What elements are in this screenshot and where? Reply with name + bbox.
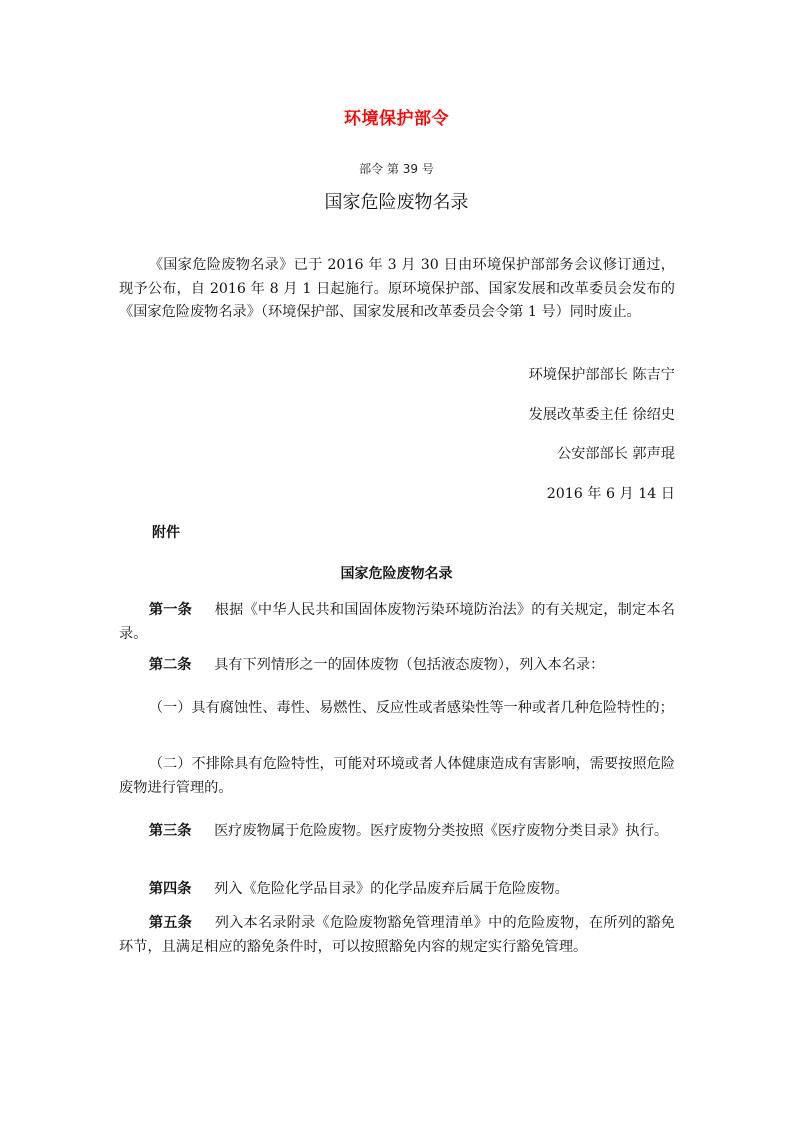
article-text: 根据《中华人民共和国固体废物污染环境防治法》的有关规定，制定本名录。: [119, 602, 675, 642]
article-text: 具有下列情形之一的固体废物（包括液态废物），列入本名录：: [214, 657, 604, 673]
signature-ndrc-director: 发展改革委主任 徐绍史: [529, 404, 675, 424]
article-2-item-1: （一）具有腐蚀性、毒性、易燃性、反应性或者感染性等一种或者几种危险特性的；: [119, 697, 675, 721]
article-3: 第三条医疗废物属于危险废物。医疗废物分类按照《医疗废物分类目录》执行。: [119, 820, 675, 844]
article-label: 第四条: [149, 881, 192, 897]
annex-label: 附件: [152, 522, 180, 542]
article-2: 第二条具有下列情形之一的固体废物（包括液态废物），列入本名录：: [119, 654, 675, 678]
signature-date: 2016 年 6 月 14 日: [547, 483, 675, 503]
document-title: 国家危险废物名录: [0, 188, 793, 214]
article-label: 第三条: [149, 823, 192, 839]
preamble-paragraph: 《国家危险废物名录》已于 2016 年 3 月 30 日由环境保护部部务会议修订…: [119, 254, 675, 325]
order-number: 部令 第 39 号: [0, 160, 793, 177]
issuer-heading: 环境保护部令: [0, 104, 793, 129]
article-4: 第四条列入《危险化学品目录》的化学品废弃后属于危险废物。: [119, 878, 675, 902]
article-1: 第一条根据《中华人民共和国固体废物污染环境防治法》的有关规定，制定本名录。: [119, 599, 675, 646]
article-label: 第五条: [149, 915, 192, 931]
document-page: 环境保护部令 部令 第 39 号 国家危险废物名录 《国家危险废物名录》已于 2…: [0, 0, 793, 1122]
article-text: 医疗废物属于危险废物。医疗废物分类按照《医疗废物分类目录》执行。: [214, 823, 668, 839]
signature-minister-environment: 环境保护部部长 陈吉宁: [529, 364, 675, 384]
article-label: 第二条: [149, 657, 192, 673]
article-text: 列入《危险化学品目录》的化学品废弃后属于危险废物。: [214, 881, 569, 897]
article-text: 列入本名录附录《危险废物豁免管理清单》中的危险废物，在所列的豁免环节，且满足相应…: [119, 915, 675, 955]
article-label: 第一条: [149, 602, 192, 618]
annex-title: 国家危险废物名录: [0, 563, 793, 583]
signature-minister-public-security: 公安部部长 郭声琨: [557, 443, 675, 463]
article-5: 第五条列入本名录附录《危险废物豁免管理清单》中的危险废物，在所列的豁免环节，且满…: [119, 912, 675, 959]
article-2-item-2: （二）不排除具有危险特性，可能对环境或者人体健康造成有害影响，需要按照危险废物进…: [119, 753, 675, 800]
